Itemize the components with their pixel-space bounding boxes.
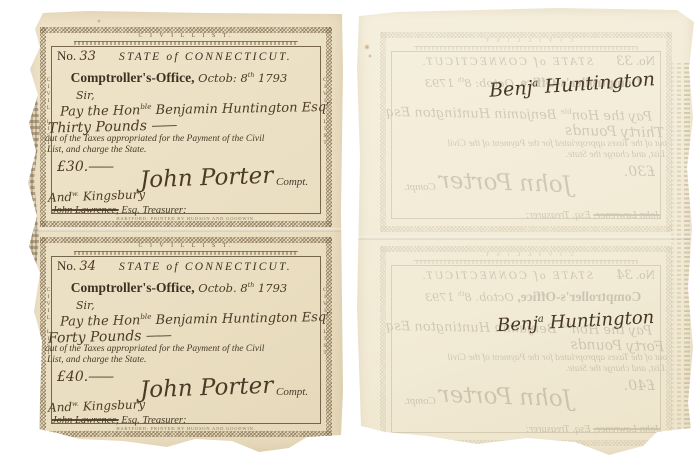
foxing-spot (368, 54, 372, 58)
struck-treasurer-name: John Lawrence, (52, 415, 119, 426)
state-title: STATE of CONNECTICUT. (397, 56, 616, 68)
certificate-number: No. 34 (616, 267, 655, 283)
civil-list-top-label: C I V I L L I S T. (40, 243, 332, 249)
foxing-spot (364, 44, 370, 50)
ornamental-border-bottom (40, 431, 332, 437)
photograph: C I V I L L I S T. CIVIL LIST. CIVIL LIS… (0, 0, 700, 460)
ornamental-border-bottom (380, 440, 672, 446)
office-label: Comptroller's-Office, (71, 70, 195, 85)
treasurer-line: John Lawrence, Esq. Treasurer: (526, 424, 660, 435)
certificate-header: No. 34 STATE of CONNECTICUT. (57, 258, 315, 274)
appropriation-line-1: out of the Taxes appropriated for the Pa… (386, 353, 667, 363)
struck-treasurer-name: John Lawrence, (52, 205, 119, 216)
printer-imprint: HARTFORD: PRINTED BY HUDSON AND GOODWIN. (40, 426, 332, 431)
comptroller-signature-line: John Porter Compt. (404, 170, 572, 196)
sheet-front: C I V I L L I S T. CIVIL LIST. CIVIL LIS… (27, 11, 343, 452)
state-title: STATE of CONNECTICUT. (96, 261, 315, 273)
ornamental-border-right (380, 32, 386, 232)
treasurer-line: John Lawrence, Esq. Treasurer: (52, 205, 186, 216)
appropriation-line-2: List, and charge the State. (47, 145, 146, 155)
civil-list-top-label: C I V I L L I S T. (40, 33, 332, 39)
appropriation-line-1: out of the Taxes appropriated for the Pa… (45, 134, 326, 144)
comptroller-signature-line: John Porter Compt. (404, 384, 572, 410)
fold-edge-texture (684, 63, 690, 429)
comptroller-signature: John Porter (140, 163, 274, 194)
office-date-line: Comptroller's-Office, Octob: 8th 1793 (40, 69, 318, 87)
certificate-header: No. 33 STATE of CONNECTICUT. (397, 53, 655, 69)
salutation: Sir, (76, 299, 95, 312)
certificate-number: No. 33 (57, 48, 96, 64)
fold-crease (357, 236, 694, 240)
number-value: 34 (79, 259, 96, 274)
certificate-header: No. 34 STATE of CONNECTICUT. (397, 267, 655, 283)
amount-in-figures: £30. (624, 164, 655, 180)
pay-order-certificate-33: C I V I L L I S T. CIVIL LIST. CIVIL LIS… (40, 27, 332, 227)
amount-in-figures: £40. (624, 378, 655, 394)
handwritten-date: Octob: 8th 1793 (195, 71, 288, 85)
pay-order-certificate-34: C I V I L L I S T. CIVIL LIST. CIVIL LIS… (40, 237, 332, 437)
state-title: STATE of CONNECTICUT. (397, 270, 616, 282)
ornamental-rule (74, 41, 298, 45)
comptroller-title: Compt. (273, 176, 308, 188)
fold-edge-texture (677, 63, 681, 429)
certificate-number: No. 34 (57, 258, 96, 274)
amount-in-figures: £30.—— (57, 159, 112, 175)
office-date-line: Comptroller's-Office, Octob. 8th 1793 (40, 279, 318, 297)
comptroller-title: Compt. (273, 386, 308, 398)
foxing-spot (97, 19, 101, 23)
ornamental-rule (74, 251, 298, 255)
ghost-certificate-33: C I V I L L I S T. No. 33 STATE of CONNE… (380, 32, 672, 232)
sheet-back: C I V I L L I S T. No. 33 STATE of CONNE… (357, 8, 694, 455)
treasurer-title: Esq. Treasurer: (119, 415, 187, 426)
number-prefix: No. (57, 48, 76, 63)
ornamental-border-right (380, 246, 386, 446)
office-date-line: Comptroller's-Office, Octob. 8th 1793 (394, 288, 672, 306)
number-value: 33 (79, 49, 96, 64)
certificate-header: No. 33 STATE of CONNECTICUT. (57, 48, 315, 64)
printer-imprint: HARTFORD: PRINTED BY HUDSON AND GOODWIN. (40, 216, 332, 221)
comptroller-signature-line: John Porter Compt. (140, 375, 308, 401)
fold-crease (27, 228, 343, 232)
ornamental-rule (414, 46, 638, 50)
handwritten-date: Octob. 8th 1793 (195, 281, 288, 295)
civil-list-top-label: C I V I L L I S T. (380, 38, 672, 44)
office-label: Comptroller's-Office, (71, 280, 195, 295)
comptroller-signature-line: John Porter Compt. (140, 165, 308, 191)
ornamental-rule (414, 260, 638, 264)
ornamental-border-bottom (40, 221, 332, 227)
state-title: STATE of CONNECTICUT. (96, 51, 315, 63)
comptroller-signature: John Porter (140, 373, 274, 404)
ornamental-border-bottom (380, 226, 672, 232)
treasurer-line: John Lawrence, Esq. Treasurer: (526, 210, 660, 221)
ghost-certificate-34: C I V I L L I S T. No. 34 STATE of CONNE… (380, 246, 672, 446)
salutation: Sir, (76, 89, 95, 102)
treasurer-title: Esq. Treasurer: (119, 205, 187, 216)
appropriation-line-2: List, and charge the State. (566, 364, 665, 374)
appropriation-line-1: out of the Taxes appropriated for the Pa… (45, 344, 326, 354)
appropriation-line-2: List, and charge the State. (566, 150, 665, 160)
appropriation-line-1: out of the Taxes appropriated for the Pa… (386, 139, 667, 149)
civil-list-top-label: C I V I L L I S T. (380, 252, 672, 258)
amount-in-figures: £40.—— (57, 369, 112, 385)
number-prefix: No. (57, 258, 76, 273)
appropriation-line-2: List, and charge the State. (47, 355, 146, 365)
treasurer-line: John Lawrence, Esq. Treasurer: (52, 415, 186, 426)
fold-edge-texture (671, 63, 674, 429)
certificate-number: No. 33 (616, 53, 655, 69)
torn-binding-stub (27, 89, 40, 423)
